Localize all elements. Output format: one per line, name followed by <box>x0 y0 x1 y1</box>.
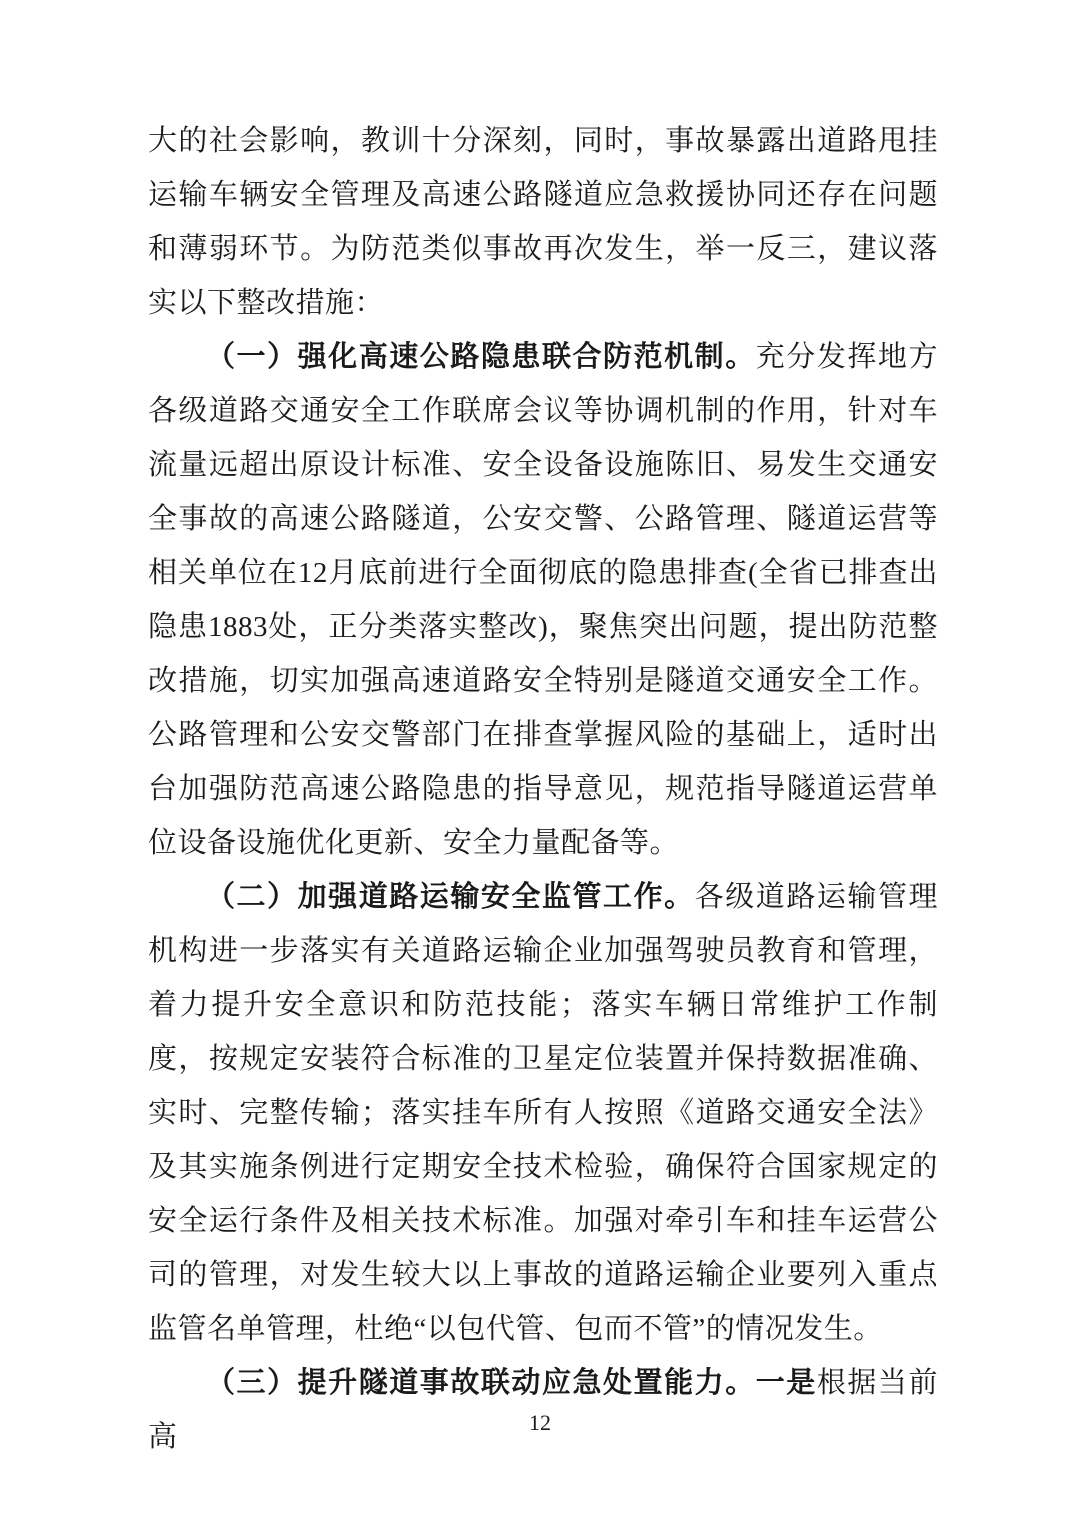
document-body: 大的社会影响，教训十分深刻，同时，事故暴露出道路甩挂运输车辆安全管理及高速公路隧… <box>148 114 938 1464</box>
paragraph-section-2: （二）加强道路运输安全监管工作。各级道路运输管理机构进一步落实有关道路运输企业加… <box>148 870 938 1356</box>
paragraph-section-3-heading: （三）提升隧道事故联动应急处置能力。一是 <box>206 1367 817 1399</box>
paragraph-section-1-text: 充分发挥地方各级道路交通安全工作联席会议等协调机制的作用，针对车流量远超出原设计… <box>148 341 938 859</box>
paragraph-continuation: 大的社会影响，教训十分深刻，同时，事故暴露出道路甩挂运输车辆安全管理及高速公路隧… <box>148 114 938 330</box>
paragraph-section-1-heading: （一）强化高速公路隐患联合防范机制。 <box>206 341 756 373</box>
paragraph-section-2-heading: （二）加强道路运输安全监管工作。 <box>206 881 695 913</box>
page-number: 12 <box>0 1408 1080 1438</box>
paragraph-section-1: （一）强化高速公路隐患联合防范机制。充分发挥地方各级道路交通安全工作联席会议等协… <box>148 330 938 870</box>
paragraph-continuation-text: 大的社会影响，教训十分深刻，同时，事故暴露出道路甩挂运输车辆安全管理及高速公路隧… <box>148 125 938 319</box>
paragraph-section-2-text: 各级道路运输管理机构进一步落实有关道路运输企业加强驾驶员教育和管理，着力提升安全… <box>148 881 938 1345</box>
document-page: 大的社会影响，教训十分深刻，同时，事故暴露出道路甩挂运输车辆安全管理及高速公路隧… <box>0 0 1080 1527</box>
